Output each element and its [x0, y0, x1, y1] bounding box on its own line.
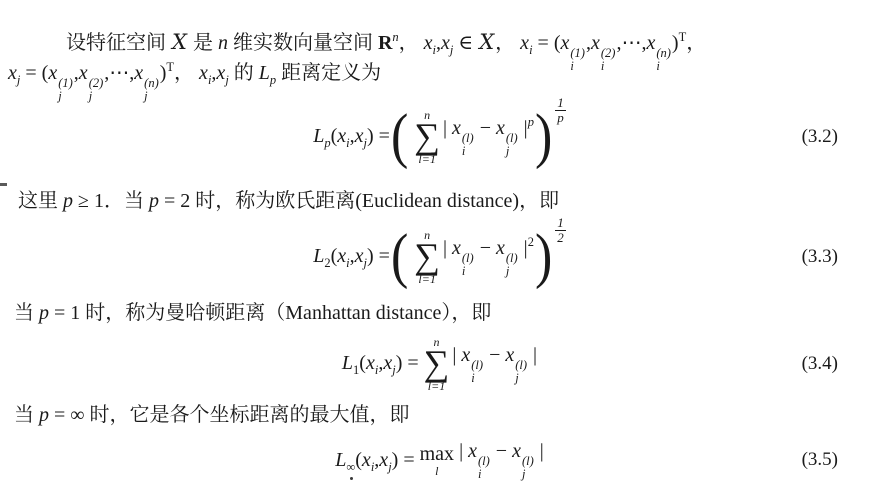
superscript: p	[528, 115, 534, 129]
paragraph-after-eq32: 这里 p ≥ 1．当 p = 2 时，称为欧氏距离(Euclidean dist…	[0, 185, 879, 217]
math-variable: L	[313, 125, 324, 147]
eq35-inner: | x(l)i − x(l)j |	[459, 440, 544, 480]
subscript: i	[478, 468, 481, 480]
max-label: max	[420, 444, 454, 464]
script-x-symbol: X	[171, 30, 188, 54]
math-bold-symbol: R	[378, 32, 392, 54]
math-variable: x	[362, 449, 371, 471]
text-run: ) =	[392, 449, 415, 471]
equation-3-2: Lp(xi,xj) = ( n ∑ l=1 | x(l)i − x(l)j |p…	[0, 89, 879, 185]
subscript: i	[601, 60, 604, 72]
text-run: 距离定义为	[276, 62, 381, 84]
math-variable: n	[218, 32, 228, 54]
text-run: |	[519, 237, 528, 259]
text-run: 当	[14, 302, 39, 324]
text-run: |	[519, 117, 528, 139]
math-variable: x	[496, 117, 505, 139]
var-with-supsub: x(n)j	[134, 62, 159, 84]
subscript: i	[471, 372, 474, 384]
math-variable: x	[355, 125, 364, 147]
supsub-stack: (l)i	[462, 132, 474, 157]
text-run: ∈	[453, 32, 478, 54]
text-run: |	[452, 344, 461, 366]
supsub-stack: (n)i	[656, 47, 671, 72]
text-run: |	[459, 440, 468, 462]
math-variable: x	[48, 62, 57, 84]
var-with-supsub: x(l)j	[496, 117, 519, 139]
text-run: ) =	[367, 245, 390, 267]
math-variable: x	[337, 125, 346, 147]
var-with-supsub: x(l)i	[461, 344, 484, 366]
paragraph-line-2: xj = (x(1)j,x(2)j,⋯,x(n)j)T， xi,xj 的 Lp …	[0, 58, 879, 89]
text-run: = 2 时，称为欧氏距离(Euclidean distance)，即	[159, 190, 559, 212]
scan-artifact-dot	[350, 477, 353, 480]
var-with-supsub: x(1)i	[561, 32, 586, 54]
sigma-icon: ∑	[414, 120, 440, 153]
math-variable: L	[342, 352, 353, 374]
text-run: 当	[14, 404, 39, 426]
text-run: 是	[188, 32, 218, 54]
eq33-lhs: L2(xi,xj) =	[313, 245, 390, 268]
equation-3-5: L∞(xi,xj) = max l | x(l)i − x(l)j | (3.5…	[0, 431, 879, 489]
eq33-inner: | x(l)i − x(l)j |2	[443, 237, 534, 277]
text-run: = 1 时，称为曼哈顿距离（Manhattan distance），即	[49, 302, 491, 324]
max-subscript: l	[435, 465, 438, 477]
subscript: j	[515, 372, 518, 384]
sum-lower-limit: l=1	[418, 153, 435, 165]
eq34-lhs: L1(xi,xj) =	[342, 352, 419, 375]
math-variable: p	[149, 190, 159, 212]
text-run: ，	[686, 32, 706, 54]
outer-exponent-fraction: 1 p	[555, 96, 566, 126]
subscript: i	[462, 145, 465, 157]
equation-number: (3.5)	[802, 449, 838, 471]
text-run: −	[475, 117, 496, 139]
math-variable: x	[441, 32, 450, 54]
text-run: 维实数向量空间	[228, 32, 378, 54]
supsub-stack: (2)i	[601, 47, 616, 72]
text-run: 这里	[18, 190, 63, 212]
math-variable: x	[424, 32, 433, 54]
left-paren: (	[391, 110, 408, 164]
supsub-stack: (l)i	[471, 359, 483, 384]
math-variable: x	[379, 449, 388, 471]
scan-artifact-margin-tick	[0, 183, 7, 186]
left-paren: (	[391, 230, 408, 284]
supsub-stack: (l)j	[522, 455, 534, 480]
math-variable: x	[452, 117, 461, 139]
math-variable: p	[63, 190, 73, 212]
book-page: 设特征空间 X 是 n 维实数向量空间 Rn， xi,xj ∈ X， xi = …	[0, 0, 879, 496]
text-run: (	[355, 449, 362, 471]
superscript: 2	[528, 235, 534, 249]
superscript: T	[166, 60, 174, 74]
var-with-supsub: x(l)j	[505, 344, 528, 366]
sigma-icon: ∑	[424, 347, 450, 380]
outer-exponent-fraction: 1 2	[555, 216, 566, 246]
equation-3-4: L1(xi,xj) = n ∑ l=1 | x(l)i − x(l)j | (3…	[0, 329, 879, 399]
supsub-stack: (1)i	[570, 47, 585, 72]
math-variable: p	[39, 404, 49, 426]
eq32-inner: | x(l)i − x(l)j |p	[443, 117, 534, 157]
paragraph-after-eq34: 当 p = ∞ 时，它是各个坐标距离的最大值，即	[0, 399, 879, 431]
paragraph-line-1: 设特征空间 X 是 n 维实数向量空间 Rn， xi,xj ∈ X， xi = …	[0, 27, 879, 58]
text-run: −	[491, 440, 512, 462]
text-run: |	[535, 440, 544, 462]
right-paren: )	[535, 230, 552, 284]
text-run: |	[528, 344, 537, 366]
var-with-supsub: x(n)i	[646, 32, 671, 54]
var-with-supsub: x(2)j	[79, 62, 104, 84]
sum-operator: n ∑ l=1	[414, 109, 440, 165]
math-variable: x	[79, 62, 88, 84]
equation-number: (3.2)	[802, 126, 838, 148]
math-variable: x	[505, 344, 514, 366]
text-run: ,⋯,	[616, 32, 646, 54]
math-variable: x	[512, 440, 521, 462]
math-variable: x	[134, 62, 143, 84]
equation-number: (3.4)	[802, 353, 838, 375]
subscript: j	[522, 468, 525, 480]
math-variable: x	[461, 344, 470, 366]
subscript: j	[506, 265, 509, 277]
eq35-lhs: L∞(xi,xj) =	[335, 449, 414, 472]
text-run: ，	[174, 62, 199, 84]
var-with-supsub: x(l)i	[468, 440, 491, 462]
var-with-supsub: x(2)i	[591, 32, 616, 54]
text-run: = (	[533, 32, 561, 54]
math-variable: x	[646, 32, 655, 54]
math-variable: x	[591, 32, 600, 54]
supsub-stack: (l)j	[506, 252, 518, 277]
math-variable: x	[355, 245, 364, 267]
math-variable: x	[216, 62, 225, 84]
text-run: = ∞ 时，它是各个坐标距离的最大值，即	[49, 404, 410, 426]
text-run: ) =	[367, 125, 390, 147]
supsub-stack: (l)i	[478, 455, 490, 480]
text-run: −	[484, 344, 505, 366]
var-with-supsub: x(l)i	[452, 117, 475, 139]
text-run: ,⋯,	[104, 62, 134, 84]
max-operator: max l	[420, 444, 454, 477]
equation-3-3-body: L2(xi,xj) = ( n ∑ l=1 | x(l)i − x(l)j |2…	[313, 229, 566, 285]
math-variable: x	[199, 62, 208, 84]
text-run: )	[672, 32, 679, 54]
text-run: ≥ 1．当	[73, 190, 149, 212]
math-variable: x	[496, 237, 505, 259]
fraction-numerator: 1	[557, 96, 564, 111]
supsub-stack: (l)i	[462, 252, 474, 277]
math-variable: L	[313, 245, 324, 267]
sum-lower-limit: l=1	[428, 380, 445, 392]
math-variable: x	[520, 32, 529, 54]
subscript: i	[462, 265, 465, 277]
right-paren: )	[535, 110, 552, 164]
subscript: ∞	[346, 460, 355, 474]
math-variable: x	[561, 32, 570, 54]
text-run: ，	[399, 32, 424, 54]
text-run: |	[443, 237, 452, 259]
equation-3-4-body: L1(xi,xj) = n ∑ l=1 | x(l)i − x(l)j |	[342, 336, 537, 392]
supsub-stack: (l)j	[515, 359, 527, 384]
subscript: j	[506, 145, 509, 157]
math-variable: x	[8, 62, 17, 84]
math-variable: L	[335, 449, 346, 471]
math-variable: x	[337, 245, 346, 267]
sum-operator: n ∑ l=1	[424, 336, 450, 392]
eq32-lhs: Lp(xi,xj) =	[313, 125, 390, 148]
text-run: (	[359, 352, 366, 374]
equation-3-5-body: L∞(xi,xj) = max l | x(l)i − x(l)j |	[335, 440, 544, 480]
supsub-stack: (l)j	[506, 132, 518, 157]
text-run: −	[475, 237, 496, 259]
math-variable: x	[468, 440, 477, 462]
var-with-supsub: x(l)j	[512, 440, 535, 462]
eq34-inner: | x(l)i − x(l)j |	[452, 344, 537, 384]
var-with-supsub: x(l)i	[452, 237, 475, 259]
subscript: i	[570, 60, 573, 72]
sigma-icon: ∑	[414, 240, 440, 273]
subscript: i	[656, 60, 659, 72]
fraction-denominator: p	[555, 110, 566, 126]
math-variable: x	[366, 352, 375, 374]
var-with-supsub: x(1)j	[48, 62, 73, 84]
sum-operator: n ∑ l=1	[414, 229, 440, 285]
var-with-supsub: x(l)j	[496, 237, 519, 259]
sum-lower-limit: l=1	[418, 273, 435, 285]
text-run: ) =	[396, 352, 419, 374]
text-run: ，	[495, 32, 520, 54]
fraction-denominator: 2	[555, 230, 566, 246]
math-variable: L	[259, 62, 270, 84]
paragraph-after-eq33: 当 p = 1 时，称为曼哈顿距离（Manhattan distance），即	[0, 297, 879, 329]
equation-3-3: L2(xi,xj) = ( n ∑ l=1 | x(l)i − x(l)j |2…	[0, 217, 879, 297]
equation-3-2-body: Lp(xi,xj) = ( n ∑ l=1 | x(l)i − x(l)j |p…	[313, 109, 566, 165]
equation-number: (3.3)	[802, 246, 838, 268]
text-run: = (	[20, 62, 48, 84]
text-run: 的	[229, 62, 259, 84]
math-variable: x	[383, 352, 392, 374]
text-run: |	[443, 117, 452, 139]
script-x-symbol: X	[478, 30, 495, 54]
text-run: 设特征空间	[66, 32, 171, 54]
fraction-numerator: 1	[557, 216, 564, 231]
math-variable: p	[39, 302, 49, 324]
math-variable: x	[452, 237, 461, 259]
